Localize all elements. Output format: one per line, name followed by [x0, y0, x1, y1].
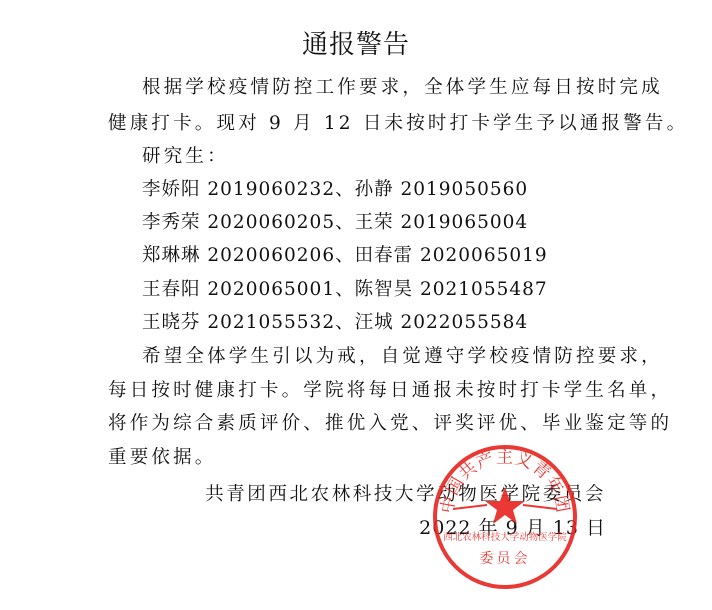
closing-line-4: 重要依据。: [108, 446, 608, 470]
category-label: 研究生：: [142, 145, 642, 169]
student-list-item: 王晓芬 2021055532、汪城 2022055584: [142, 311, 642, 335]
closing-line-2: 每日按时健康打卡。学院将每日通报未按时打卡学生名单，: [108, 379, 608, 403]
notice-document: 通报警告 根据学校疫情防控工作要求，全体学生应每日按时完成 健康打卡。现对 9 …: [0, 0, 712, 610]
issuer-signature: 共青团西北农林科技大学动物医学院委员会: [205, 480, 606, 506]
student-list-item: 郑琳琳 2020060206、田春雷 2020065019: [142, 244, 642, 268]
student-list-item: 李娇阳 2019060232、孙静 2019050560: [142, 178, 642, 202]
intro-line-2: 健康打卡。现对 9 月 12 日未按时打卡学生予以通报警告。: [108, 112, 608, 136]
closing-line-3: 将作为综合素质评价、推优入党、评奖评优、毕业鉴定等的: [108, 412, 608, 436]
student-list-item: 李秀荣 2020060205、王荣 2019065004: [142, 211, 642, 235]
seal-inner-text-2: 委员会: [480, 551, 531, 567]
issue-date: 2022 年 9 月 13 日: [419, 513, 606, 540]
intro-line-1: 根据学校疫情防控工作要求，全体学生应每日按时完成: [142, 76, 642, 100]
student-list-item: 王春阳 2020065001、陈智昊 2021055487: [142, 278, 642, 302]
closing-line-1: 希望全体学生引以为戒，自觉遵守学校疫情防控要求，: [142, 345, 642, 369]
document-title: 通报警告: [0, 24, 712, 61]
